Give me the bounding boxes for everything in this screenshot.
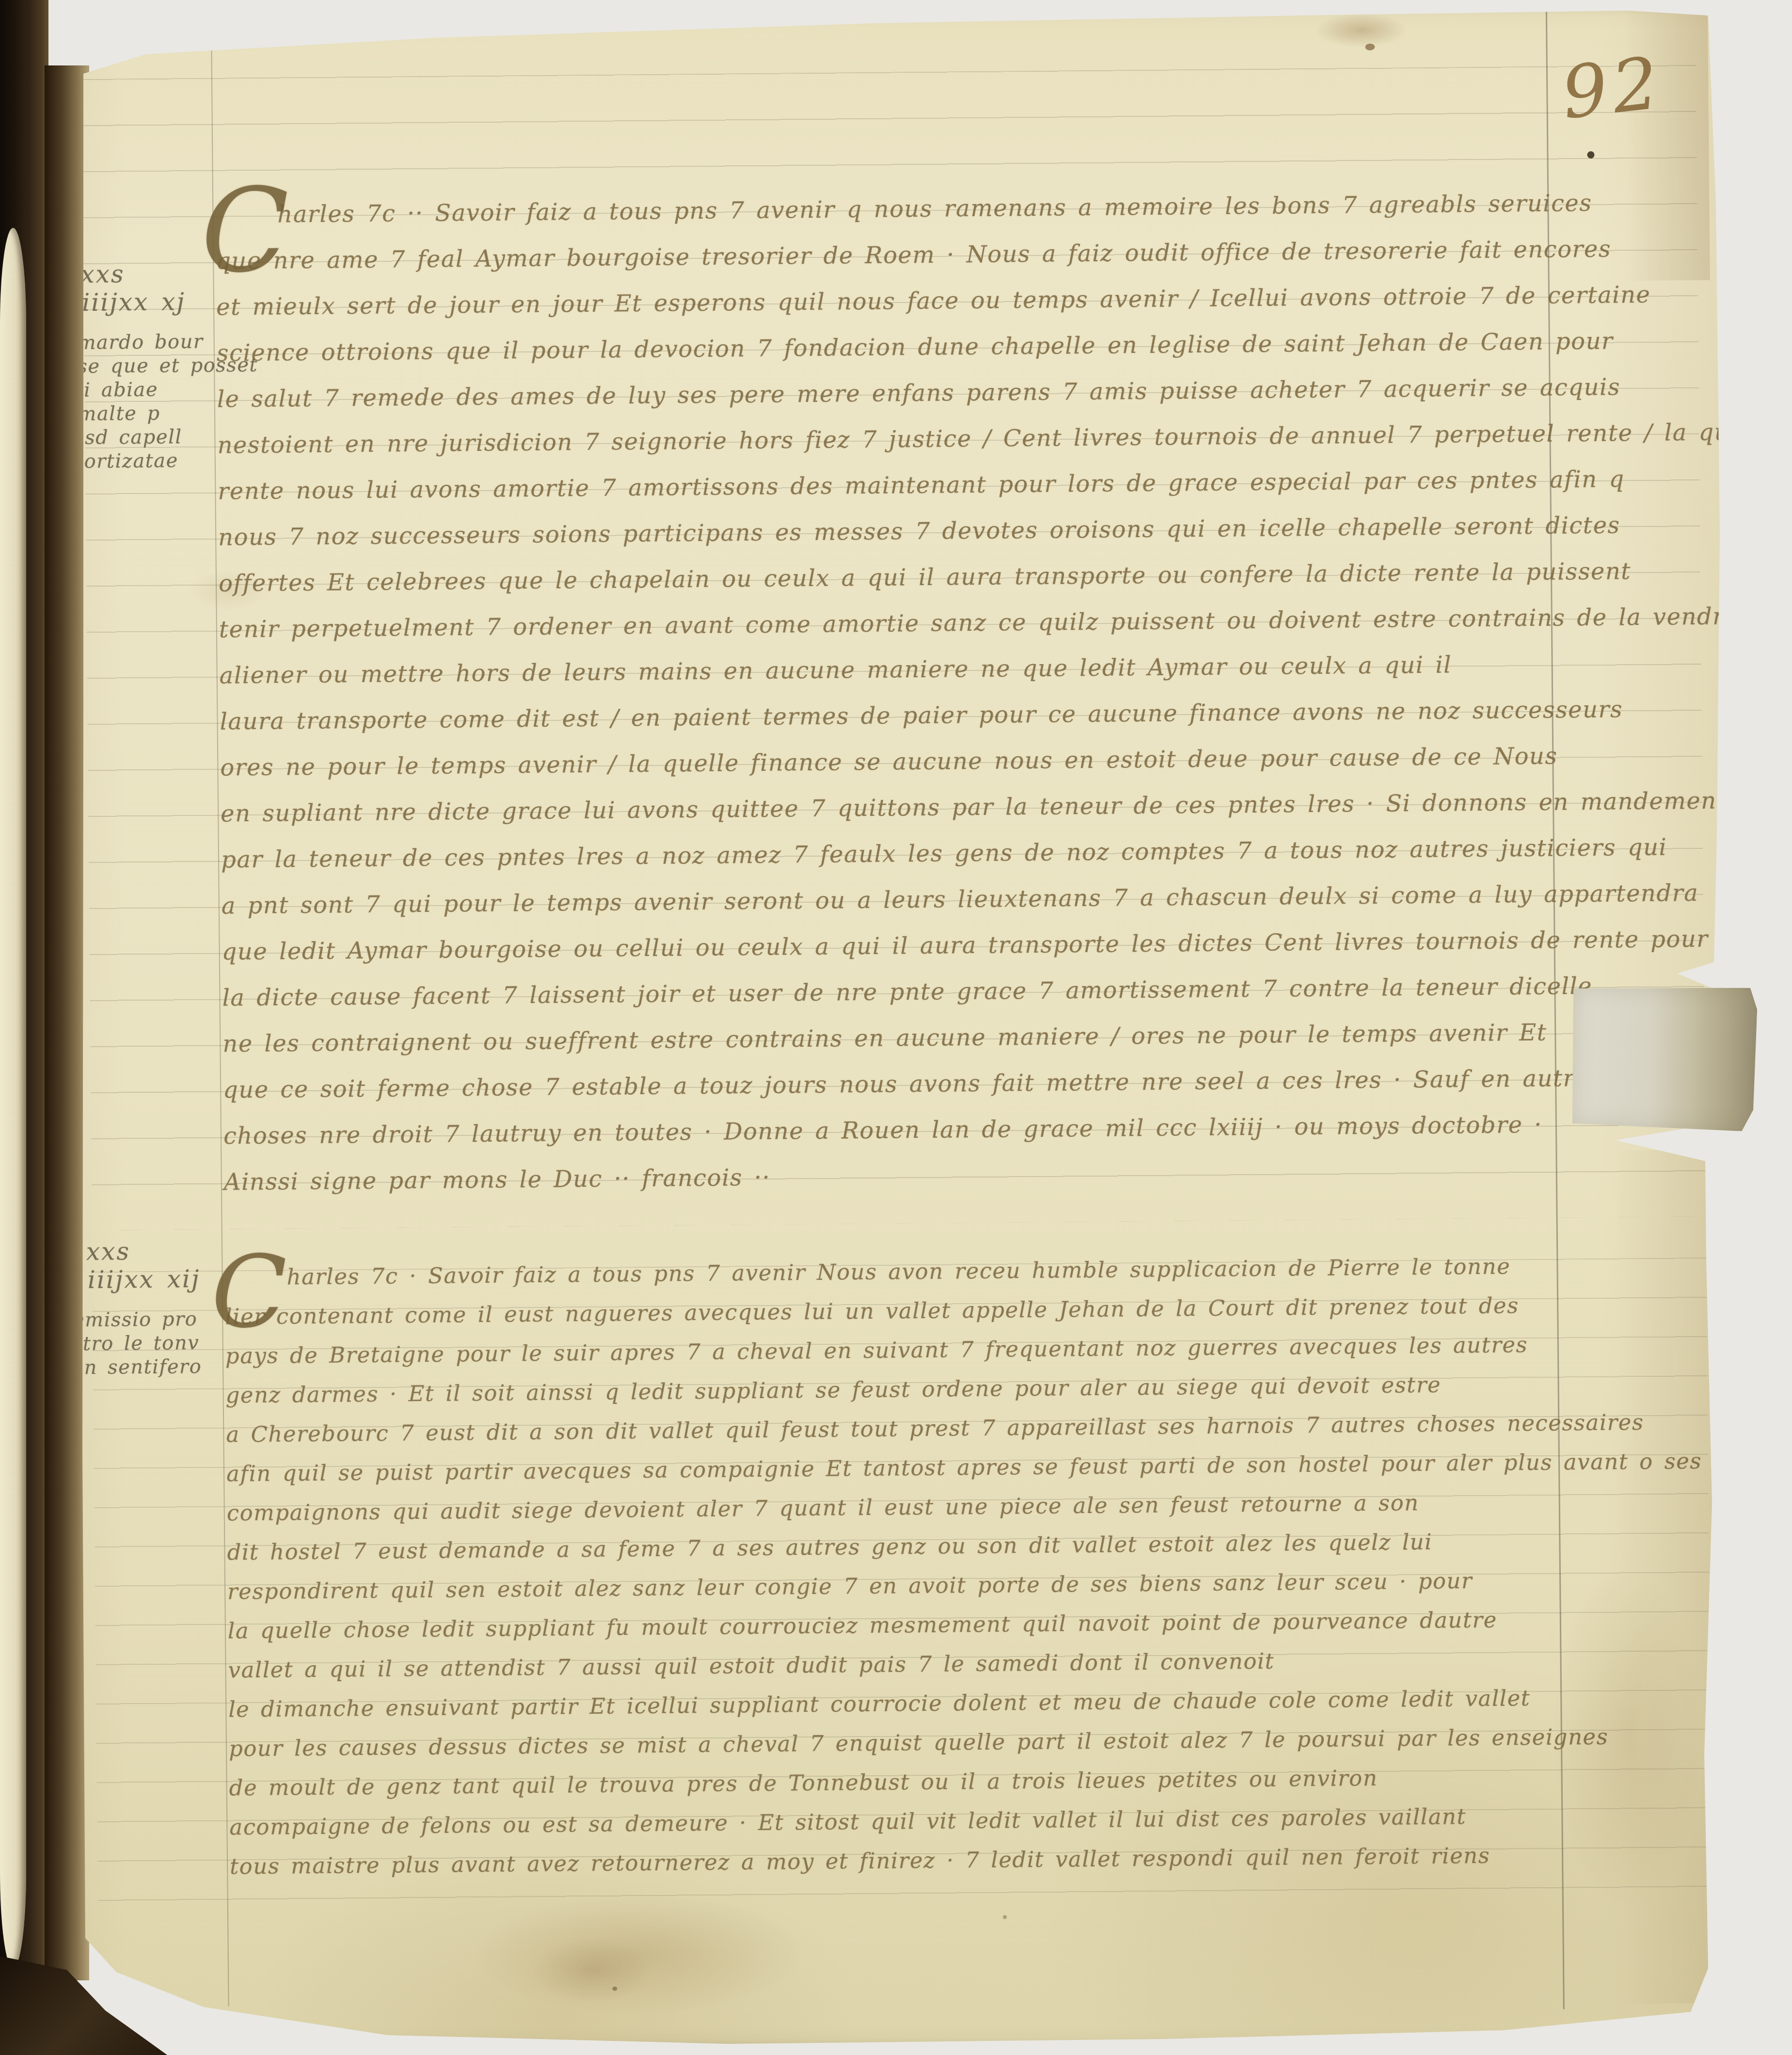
decorated-initial: C — [201, 173, 290, 289]
wormhole-speck — [1587, 151, 1594, 159]
binding-gutter-shadow — [45, 65, 89, 1980]
dirt-speck — [612, 1987, 617, 1991]
stain — [410, 1870, 867, 2039]
manuscript-photo: 92 q xxsij iiijxx xj Aymardo bourgese qu… — [0, 0, 1792, 2055]
parchment-page: 92 q xxsij iiijxx xj Aymardo bourgese qu… — [0, 0, 1792, 2055]
page-content: 92 q xxsij iiijxx xj Aymardo bourgese qu… — [0, 0, 1792, 2055]
charter-1-lines: harles 7c ·· Savoir faiz a tous pns 7 av… — [215, 179, 1713, 1206]
stain — [512, 1928, 673, 2014]
dirt-speck — [1003, 1915, 1007, 1919]
folio-number: 92 — [1557, 41, 1667, 135]
ink-speck — [1365, 44, 1375, 50]
charter-2-lines: harles 7c · Savoir faiz a tous pns 7 ave… — [224, 1245, 1719, 1886]
charter-block-2: C harles 7c · Savoir faiz a tous pns 7 a… — [224, 1245, 1719, 1886]
parchment-repair-tab — [1570, 984, 1758, 1131]
charter-block-1: C harles 7c ·· Savoir faiz a tous pns 7 … — [215, 179, 1713, 1206]
stain — [1296, 5, 1427, 55]
underlying-leaves-edge — [0, 228, 26, 1968]
decorated-initial: C — [211, 1243, 288, 1342]
